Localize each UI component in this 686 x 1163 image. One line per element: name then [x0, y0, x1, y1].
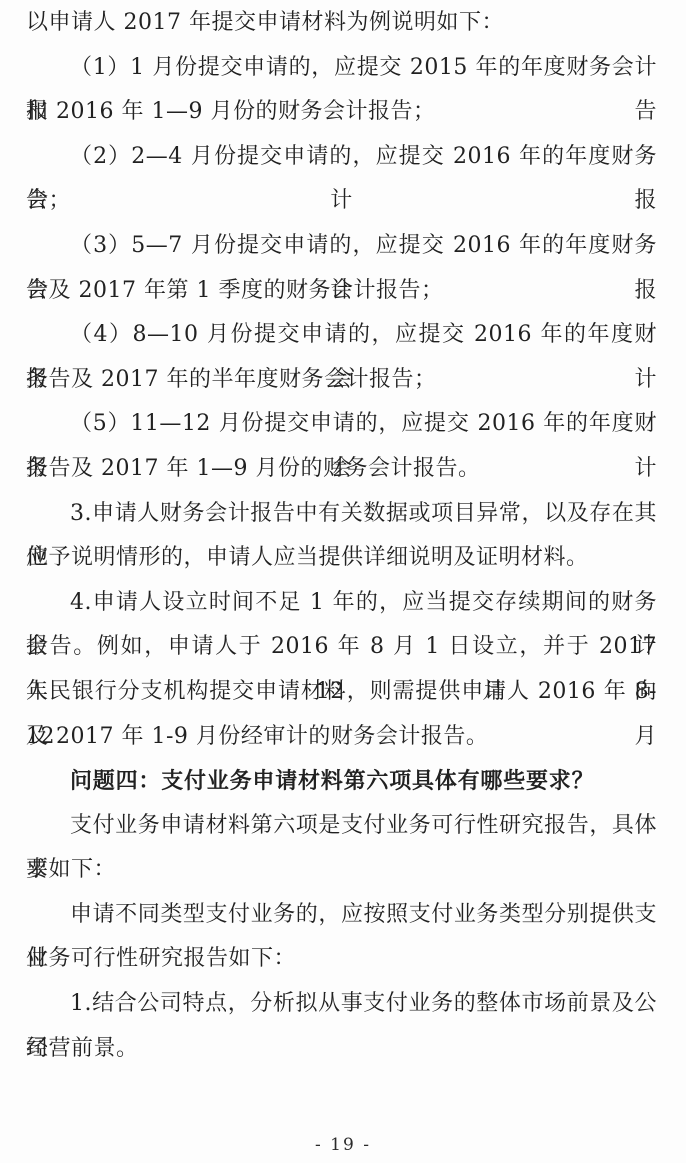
- text-line: 申请不同类型支付业务的，应按照支付业务类型分别提供支付: [26, 893, 657, 938]
- text-line: 经营前景。: [26, 1027, 657, 1072]
- text-line: 以申请人 2017 年提交申请材料为例说明如下：: [26, 1, 657, 46]
- text-line: （5）11—12 月份提交申请的，应提交 2016 年的年度财务会计: [26, 402, 657, 447]
- text-line: 问题四：支付业务申请材料第六项具体有哪些要求？: [26, 759, 657, 804]
- text-line: 求如下：: [26, 848, 657, 893]
- text-line: 3.申请人财务会计报告中有关数据或项目异常，以及存在其他: [26, 492, 657, 537]
- text-line: 业务可行性研究报告如下：: [26, 937, 657, 982]
- text-line: 人民银行分支机构提交申请材料，则需提供申请人 2016 年 8-12 月: [26, 670, 657, 715]
- text-line: （2）2—4 月份提交申请的，应提交 2016 年的年度财务会计报: [26, 135, 657, 180]
- text-line: （3）5—7 月份提交申请的，应提交 2016 年的年度财务会计报: [26, 224, 657, 269]
- page-number: - 19 -: [0, 1135, 686, 1155]
- document-page: 以申请人 2017 年提交申请材料为例说明如下：（1）1 月份提交申请的，应提交…: [0, 0, 686, 1163]
- text-line: 支付业务申请材料第六项是支付业务可行性研究报告，具体要: [26, 804, 657, 849]
- text-line: （1）1 月份提交申请的，应提交 2015 年的年度财务会计报告: [26, 46, 657, 91]
- text-line: 报告。例如，申请人于 2016 年 8 月 1 日设立，并于 2017 年 12…: [26, 625, 657, 670]
- document-body: 以申请人 2017 年提交申请材料为例说明如下：（1）1 月份提交申请的，应提交…: [26, 1, 657, 1071]
- text-line: （4）8—10 月份提交申请的，应提交 2016 年的年度财务会计: [26, 313, 657, 358]
- text-line: 4.申请人设立时间不足 1 年的，应当提交存续期间的财务会计: [26, 581, 657, 626]
- text-line: 应予说明情形的，申请人应当提供详细说明及证明材料。: [26, 536, 657, 581]
- text-line: 1.结合公司特点，分析拟从事支付业务的整体市场前景及公司: [26, 982, 657, 1027]
